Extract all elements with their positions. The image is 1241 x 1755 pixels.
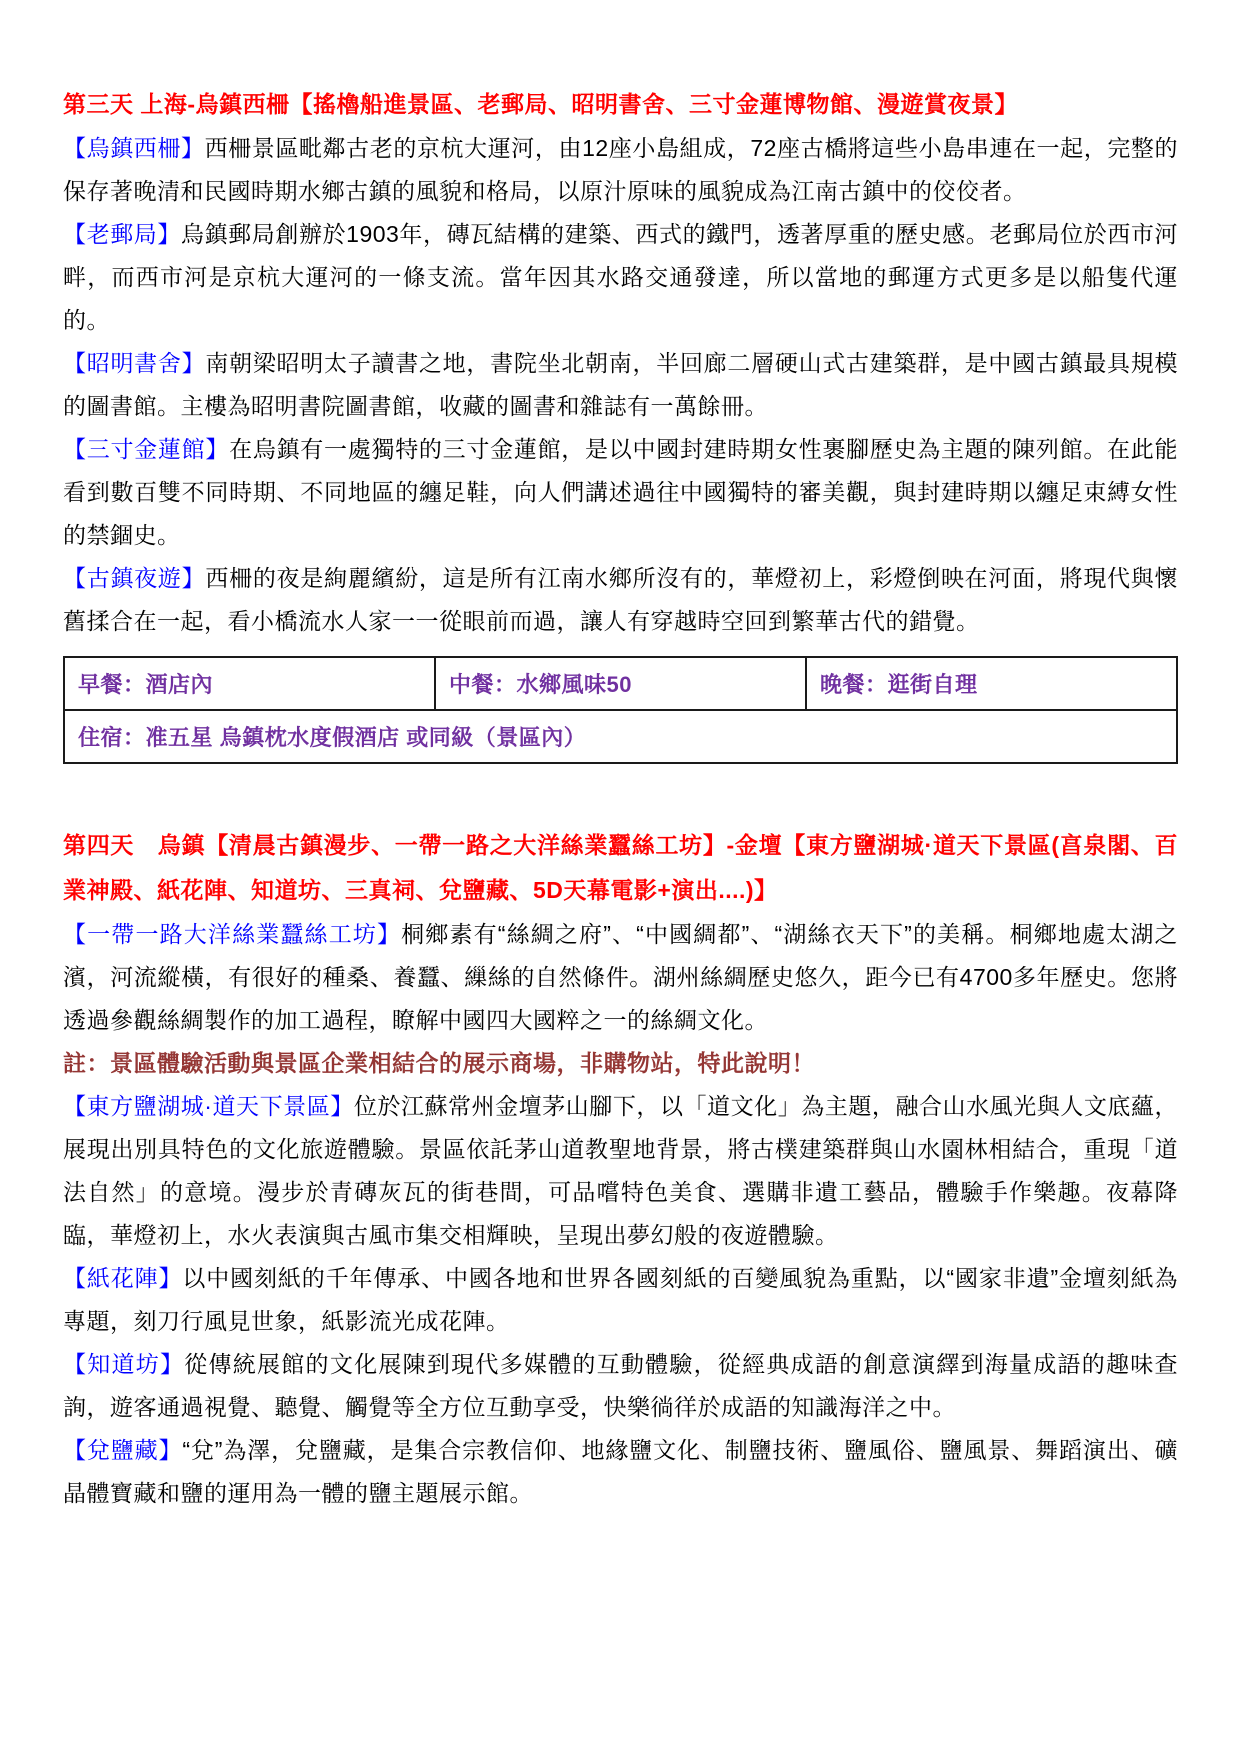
attraction-label-golden-lotus-hall: 【三寸金蓮館】 [63, 436, 229, 462]
hotel-row: 住宿：准五星 烏鎮枕水度假酒店 或同級（景區內） [64, 710, 1177, 763]
meal-accommodation-table: 早餐：酒店內 中餐：水鄉風味50 晚餐：逛街自理 住宿：准五星 烏鎮枕水度假酒店… [63, 656, 1178, 764]
attraction-text-dui-salt-hall: “兌”為澤，兌鹽藏，是集合宗教信仰、地緣鹽文化、制鹽技術、鹽風俗、鹽風景、舞蹈演… [63, 1437, 1178, 1506]
day4-paragraph-silk-workshop: 【一帶一路大洋絲業蠶絲工坊】桐鄉素有“絲綢之府”、“中國綢都”、“湖絲衣天下”的… [63, 913, 1178, 1042]
itinerary-page: 第三天 上海-烏鎮西柵【搖櫓船進景區、老郵局、昭明書舍、三寸金蓮博物館、漫遊賞夜… [0, 0, 1241, 1575]
attraction-label-zhaoming-study: 【昭明書舍】 [63, 350, 205, 376]
day3-header: 第三天 上海-烏鎮西柵【搖櫓船進景區、老郵局、昭明書舍、三寸金蓮博物館、漫遊賞夜… [63, 82, 1178, 127]
attraction-text-zhidao-fang: 從傳統展館的文化展陳到現代多媒體的互動體驗，從經典成語的創意演繹到海量成語的趣味… [63, 1351, 1178, 1420]
day4-paragraph-paper-flower-array: 【紙花陣】以中國刻紙的千年傳承、中國各地和世界各國刻紙的百變風貌為重點，以“國家… [63, 1257, 1178, 1343]
lunch-cell: 中餐：水鄉風味50 [435, 657, 806, 710]
day4-paragraph-dui-salt-hall: 【兌鹽藏】“兌”為澤，兌鹽藏，是集合宗教信仰、地緣鹽文化、制鹽技術、鹽風俗、鹽風… [63, 1429, 1178, 1515]
day3-paragraph-wuzhen-xizha: 【烏鎮西柵】西柵景區毗鄰古老的京杭大運河，由12座小島組成，72座古橋將這些小島… [63, 127, 1178, 213]
attraction-label-dui-salt-hall: 【兌鹽藏】 [63, 1437, 182, 1463]
attraction-label-wuzhen-xizha: 【烏鎮西柵】 [63, 135, 205, 161]
day3-paragraph-old-post-office: 【老郵局】烏鎮郵局創辦於1903年，磚瓦結構的建築、西式的鐵門，透著厚重的歷史感… [63, 213, 1178, 342]
shopping-note: 註：景區體驗活動與景區企業相結合的展示商場，非購物站，特此說明！ [63, 1042, 1178, 1085]
breakfast-cell: 早餐：酒店內 [64, 657, 435, 710]
attraction-label-silk-workshop: 【一帶一路大洋絲業蠶絲工坊】 [63, 921, 401, 947]
meals-row: 早餐：酒店內 中餐：水鄉風味50 晚餐：逛街自理 [64, 657, 1177, 710]
day3-paragraph-night-tour: 【古鎮夜遊】西柵的夜是絢麗繽紛，這是所有江南水鄉所沒有的，華燈初上，彩燈倒映在河… [63, 557, 1178, 643]
day3-paragraph-zhaoming-study: 【昭明書舍】南朝梁昭明太子讀書之地，書院坐北朝南，半回廊二層硬山式古建築群，是中… [63, 342, 1178, 428]
attraction-label-night-tour: 【古鎮夜遊】 [63, 565, 205, 591]
attraction-text-paper-flower-array: 以中國刻紙的千年傳承、中國各地和世界各國刻紙的百變風貌為重點，以“國家非遺”金壇… [63, 1265, 1178, 1334]
attraction-label-zhidao-fang: 【知道坊】 [63, 1351, 184, 1377]
attraction-label-paper-flower-array: 【紙花陣】 [63, 1265, 182, 1291]
attraction-label-salt-lake-city: 【東方鹽湖城·道天下景區】 [63, 1093, 354, 1119]
attraction-label-old-post-office: 【老郵局】 [63, 221, 181, 247]
attraction-text-old-post-office: 烏鎮郵局創辦於1903年，磚瓦結構的建築、西式的鐵門，透著厚重的歷史感。老郵局位… [63, 221, 1178, 333]
hotel-cell: 住宿：准五星 烏鎮枕水度假酒店 或同級（景區內） [64, 710, 1177, 763]
day4-header: 第四天 烏鎮【清晨古鎮漫步、一帶一路之大洋絲業蠶絲工坊】-金壇【東方鹽湖城·道天… [63, 823, 1178, 913]
attraction-text-zhaoming-study: 南朝梁昭明太子讀書之地，書院坐北朝南，半回廊二層硬山式古建築群，是中國古鎮最具規… [63, 350, 1178, 419]
day4-paragraph-salt-lake-city: 【東方鹽湖城·道天下景區】位於江蘇常州金壇茅山腳下，以「道文化」為主題，融合山水… [63, 1085, 1178, 1257]
attraction-text-wuzhen-xizha: 西柵景區毗鄰古老的京杭大運河，由12座小島組成，72座古橋將這些小島串連在一起，… [63, 135, 1178, 204]
attraction-text-golden-lotus-hall: 在烏鎮有一處獨特的三寸金蓮館，是以中國封建時期女性裹腳歷史為主題的陳列館。在此能… [63, 436, 1178, 548]
dinner-cell: 晚餐：逛街自理 [806, 657, 1177, 710]
day4-section: 第四天 烏鎮【清晨古鎮漫步、一帶一路之大洋絲業蠶絲工坊】-金壇【東方鹽湖城·道天… [63, 823, 1178, 1515]
day3-paragraph-golden-lotus-hall: 【三寸金蓮館】在烏鎮有一處獨特的三寸金蓮館，是以中國封建時期女性裹腳歷史為主題的… [63, 428, 1178, 557]
day3-section: 第三天 上海-烏鎮西柵【搖櫓船進景區、老郵局、昭明書舍、三寸金蓮博物館、漫遊賞夜… [63, 82, 1178, 764]
day4-paragraph-zhidao-fang: 【知道坊】從傳統展館的文化展陳到現代多媒體的互動體驗，從經典成語的創意演繹到海量… [63, 1343, 1178, 1429]
attraction-text-night-tour: 西柵的夜是絢麗繽紛，這是所有江南水鄉所沒有的，華燈初上，彩燈倒映在河面，將現代與… [63, 565, 1178, 634]
